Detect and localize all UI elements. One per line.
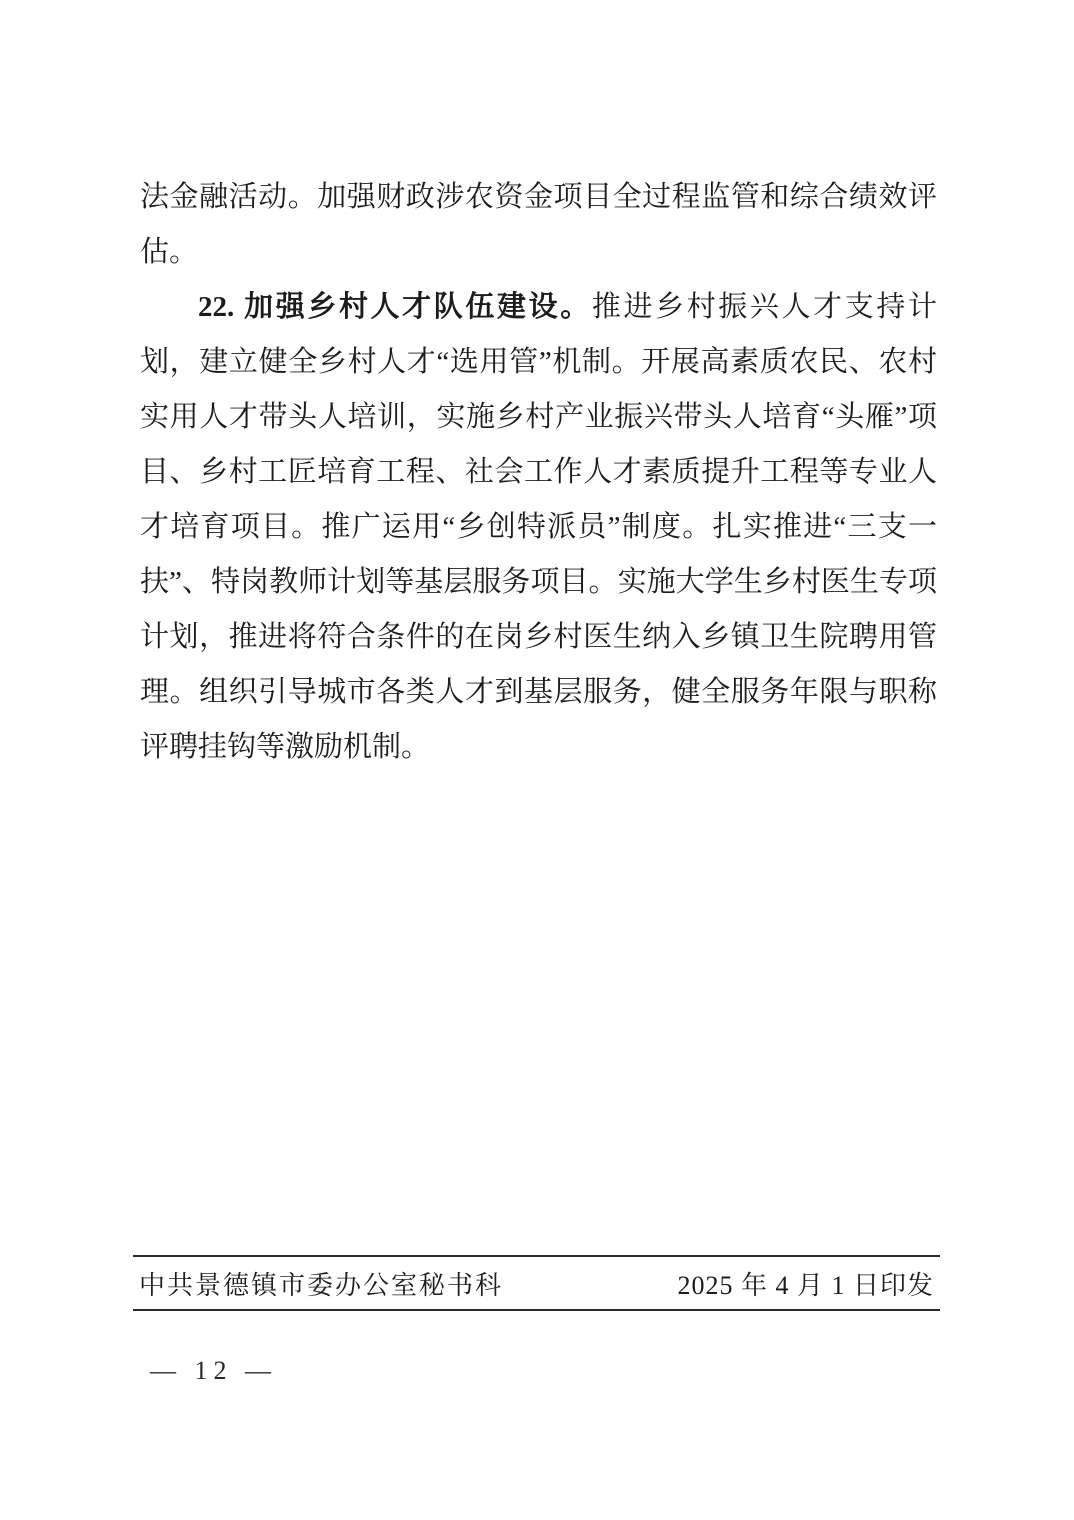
footer-bottom-rule: [133, 1309, 940, 1311]
paragraph-item-22: 22. 加强乡村人才队伍建设。推进乡村振兴人才支持计划，建立健全乡村人才“选用管…: [140, 280, 937, 775]
footer-imprint-row: 中共景德镇市委办公室秘书科 2025 年 4 月 1 日印发: [133, 1257, 940, 1309]
footer-print-date: 2025 年 4 月 1 日印发: [677, 1265, 934, 1302]
item-22-body-text: 推进乡村振兴人才支持计划，建立健全乡村人才“选用管”机制。开展高素质农民、农村实…: [140, 291, 937, 763]
document-page: 法金融活动。加强财政涉农资金项目全过程监管和综合绩效评估。 22. 加强乡村人才…: [0, 0, 1074, 1520]
document-footer: 中共景德镇市委办公室秘书科 2025 年 4 月 1 日印发: [133, 1255, 940, 1311]
page-number: — 12 —: [150, 1356, 277, 1386]
item-22-lead-heading: 22. 加强乡村人才队伍建设。: [198, 291, 592, 323]
document-body: 法金融活动。加强财政涉农资金项目全过程监管和综合绩效评估。 22. 加强乡村人才…: [140, 170, 937, 775]
paragraph-continuation: 法金融活动。加强财政涉农资金项目全过程监管和综合绩效评估。: [140, 170, 937, 280]
footer-issuer: 中共景德镇市委办公室秘书科: [139, 1265, 503, 1302]
